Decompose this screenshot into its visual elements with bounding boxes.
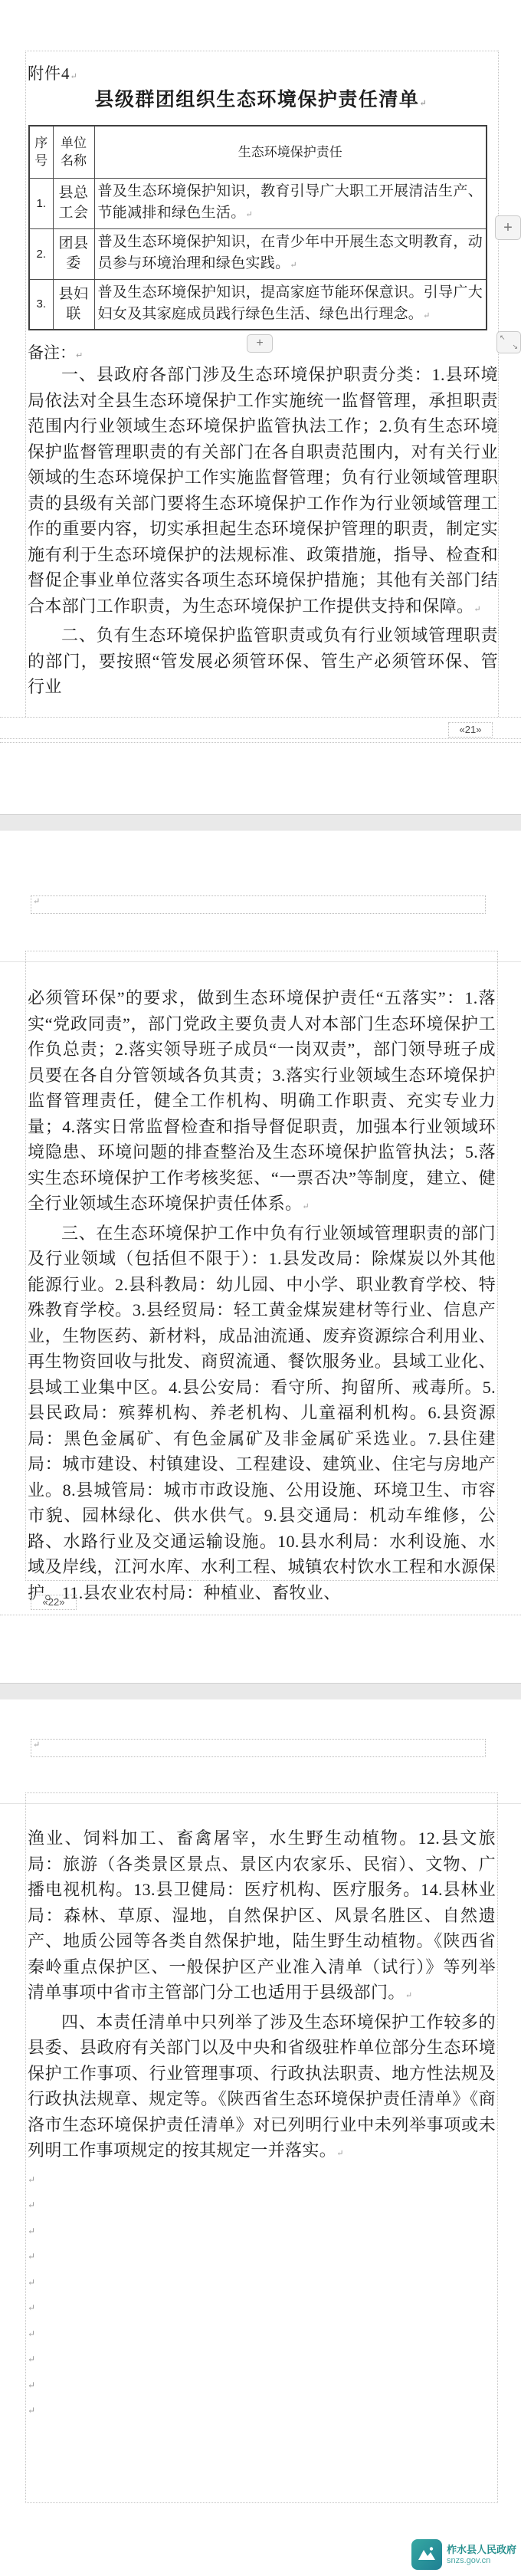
header-unit: 单位名称 [53,126,94,178]
page1-left-boundary [25,51,26,717]
paragraph-2-part2: 必须管环保”的要求，做到生态环境保护责任“五落实”：1.落实“党政同责”，部门党… [28,985,496,1221]
table-header-row: 序号 单位名称 生态环境保护责任 [29,126,487,178]
resize-nw-icon: ↖ [500,333,506,342]
gov-watermark-text: 柞水县人民政府 snzs.gov.cn [447,2544,516,2566]
pilcrow-mark: ↵ [28,2167,496,2193]
pilcrow-mark: ↵ [70,72,77,81]
duty-cell: 普及生态环境保护知识，教育引导广大职工开展清洁生产、节能减排和绿色生活。↵ [94,178,487,228]
pilcrow-mark: ↵ [28,2398,496,2424]
duty-text: 普及生态环境保护知识，教育引导广大职工开展清洁生产、节能减排和绿色生活。 [98,183,483,221]
pilcrow-mark: ↵ [28,2373,496,2399]
pilcrow-mark: ↵ [28,2295,496,2321]
header-duty: 生态环境保护责任 [94,126,487,178]
pilcrow-mark: ↵ [76,351,83,360]
page2-edge-line [0,742,521,743]
table-row: 3. 县妇联 普及生态环境保护知识，提高家庭节能环保意识。引导广大妇女及其家庭成… [29,279,487,330]
page2-bottom-edge-line [0,1615,521,1615]
notes-label-text: 备注： [28,344,76,362]
seq-cell: 1. [29,178,53,228]
page1-top-boundary [25,51,498,51]
paragraph-3-text: 渔业、饲料加工、畜禽屠宰，水生野生动植物。12.县文旅局：旅游（各类景区景点、景… [28,1829,496,2002]
pilcrow-mark: ↵ [28,2347,496,2373]
table-row: 1. 县总工会 普及生态环境保护知识，教育引导广大职工开展清洁生产、节能减排和绿… [29,178,487,228]
page3-body-text: 渔业、饲料加工、畜禽屠宰，水生野生动植物。12.县文旅局：旅游（各类景区景点、景… [25,1792,498,2503]
pilcrow-mark: ↵ [419,99,426,108]
page3-header-frame: ↵ [31,1739,486,1757]
page1-right-boundary [498,51,499,717]
plus-icon: + [256,337,263,350]
pilcrow-mark: ↵ [336,2149,343,2158]
seq-cell: 2. [29,228,53,279]
document-viewer: 附件4↵ 县级群团组织生态环境保护责任清单↵ 序号 单位名称 生态环境保护责任 … [0,0,521,2576]
pilcrow-mark: ↵ [33,1740,40,1750]
header-seq: 序号 [29,126,53,178]
responsibility-table: 序号 单位名称 生态环境保护责任 1. 县总工会 普及生态环境保护知识，教育引导… [28,125,487,330]
paragraph-4-text: 四、本责任清单中只列举了涉及生态环境保护工作较多的县委、县政府有关部门以及中央和… [28,2013,496,2160]
page1-body-text: 一、县政府各部门涉及生态环境保护职责分类：1.县环境局依法对全县生态环境保护工作… [28,362,498,700]
pilcrow-mark: ↵ [28,2244,496,2270]
notes-label: 备注：↵ [28,340,83,363]
attachment-label: 附件4↵ [28,61,77,84]
seq-cell: 3. [29,279,53,330]
pilcrow-mark: ↵ [33,897,40,906]
page2-header-frame: ↵ [31,895,486,914]
unit-cell: 团县委 [53,228,94,279]
empty-paragraph-marks: ↵ ↵ ↵ ↵ ↵ ↵ ↵ ↵ ↵ ↵ [28,2167,496,2424]
unit-cell: 县妇联 [53,279,94,330]
pilcrow-mark: ↵ [28,2219,496,2245]
page-title-text: 县级群团组织生态环境保护责任清单 [94,90,419,110]
paragraph-2-part1: 二、负有生态环境保护监管职责或负有行业领域管理职责的部门，要按照“管发展必须管环… [28,623,498,700]
page-number-22: «22» [31,1595,77,1610]
attachment-label-text: 附件4 [28,64,70,83]
gov-domain: snzs.gov.cn [447,2556,516,2566]
page-number-21: «21» [448,722,493,738]
zoom-in-button[interactable]: + [495,215,521,240]
page-gap [0,814,521,831]
unit-cell: 县总工会 [53,178,94,228]
page1-bottom-boundary [0,717,521,718]
paragraph-1-text: 一、县政府各部门涉及生态环境保护职责分类：1.县环境局依法对全县生态环境保护工作… [28,365,498,616]
table-row: 2. 团县委 普及生态环境保护知识，在青少年中开展生态文明教育，动员参与环境治理… [29,228,487,279]
paragraph-3-part1: 三、在生态环境保护工作中负有行业领域管理职责的部门及行业领域（包括但不限于）：1… [28,1221,496,1606]
duty-cell: 普及生态环境保护知识，在青少年中开展生态文明教育，动员参与环境治理和绿色实践。↵ [94,228,487,279]
page-gap [0,1683,521,1700]
gov-name: 柞水县人民政府 [447,2544,516,2556]
pilcrow-mark: ↵ [423,311,430,320]
pilcrow-mark: ↵ [302,1202,309,1211]
paragraph-1: 一、县政府各部门涉及生态环境保护职责分类：1.县环境局依法对全县生态环境保护工作… [28,362,498,623]
page2-body-text: 必须管环保”的要求，做到生态环境保护责任“五落实”：1.落实“党政同责”，部门党… [25,951,498,1581]
page1-edge-line [0,738,521,739]
pilcrow-mark: ↵ [405,1991,412,2000]
insert-row-button[interactable]: + [247,334,273,353]
site-watermark: 柞水县人民政府 snzs.gov.cn [411,2539,516,2570]
mountain-emblem-icon [417,2545,437,2564]
pilcrow-mark: ↵ [473,605,480,614]
pilcrow-mark: ↵ [290,261,297,270]
paragraph-2-text: 必须管环保”的要求，做到生态环境保护责任“五落实”：1.落实“党政同责”，部门党… [28,988,496,1213]
paragraph-3-part2: 渔业、饲料加工、畜禽屠宰，水生野生动植物。12.县文旅局：旅游（各类景区景点、景… [28,1825,496,2009]
gov-logo-icon [411,2539,442,2570]
pilcrow-mark: ↵ [28,2321,496,2348]
paragraph-4: 四、本责任清单中只列举了涉及生态环境保护工作较多的县委、县政府有关部门以及中央和… [28,2009,496,2167]
plus-icon: + [503,219,513,237]
resize-se-icon: ↘ [512,343,518,351]
resize-handle-button[interactable]: ↖ ↘ [496,331,521,353]
pilcrow-mark: ↵ [28,2193,496,2219]
duty-cell: 普及生态环境保护知识，提高家庭节能环保意识。引导广大妇女及其家庭成员践行绿色生活… [94,279,487,330]
pilcrow-mark: ↵ [246,210,253,219]
pilcrow-mark: ↵ [28,2270,496,2296]
page-title: 县级群团组织生态环境保护责任清单↵ [0,84,521,112]
